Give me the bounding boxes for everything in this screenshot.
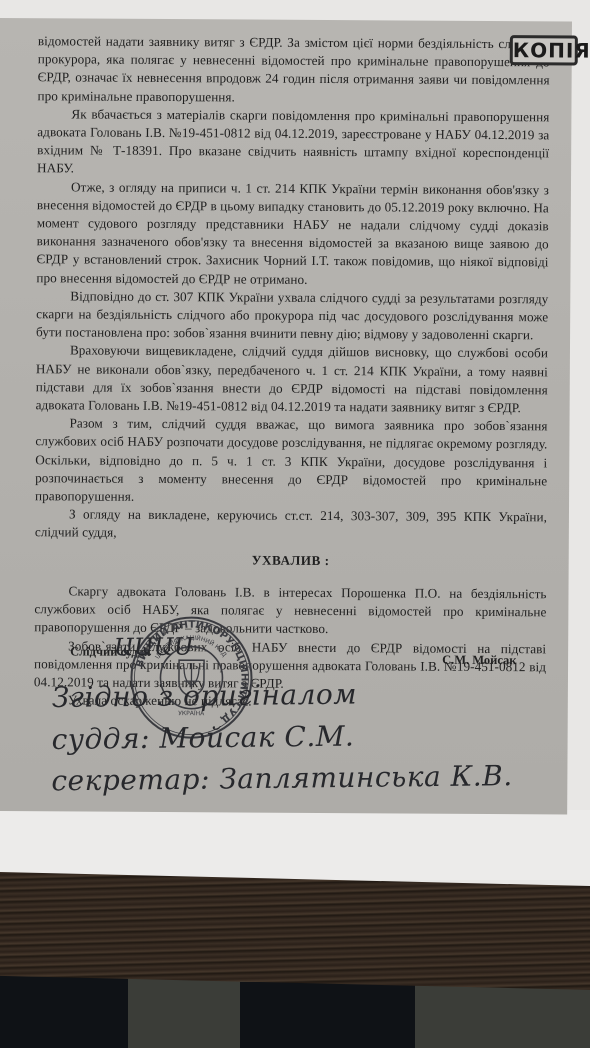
paragraph: Враховуючи вищевикладене, слідчий суддя … (36, 342, 548, 418)
copy-stamp: КОПІЯ (510, 35, 578, 65)
floor-shadow (240, 982, 415, 1048)
photo-scene: відомостей надати заявнику витяг з ЄРДР.… (0, 0, 590, 1048)
handwritten-secretary-line: секретар: Заплятинська К.В. (51, 759, 513, 797)
paragraph-list: відомостей надати заявнику витяг з ЄРДР.… (35, 32, 550, 545)
signature-name: С.М. Мойсак (442, 653, 517, 668)
paragraph: Відповідно до ст. 307 КПК України ухвала… (36, 287, 548, 345)
paragraph: відомостей надати заявнику витяг з ЄРДР.… (37, 32, 549, 108)
handwritten-certification-line: Згідно з оригіналом (52, 678, 357, 714)
floor-shadow (0, 975, 128, 1048)
paragraph: Скаргу адвоката Головань І.В. в інтереса… (34, 582, 546, 640)
wooden-table-edge (0, 872, 590, 990)
paper-underlay (0, 810, 590, 880)
paragraph: Отже, з огляду на приписи ч. 1 ст. 214 К… (36, 178, 549, 290)
signature-row: Слідчий суддя С.М. Мойсак (0, 636, 568, 669)
paragraph: Разом з тим, слідчий суддя вважає, що ви… (35, 414, 548, 508)
document-page: відомостей надати заявнику витяг з ЄРДР.… (0, 18, 572, 814)
paragraph: З огляду на викладене, керуючись ст.ст. … (35, 506, 547, 546)
handwritten-judge-line: суддя: Мойсак С.М. (51, 720, 354, 756)
resolution-heading: УХВАЛИВ : (35, 550, 547, 571)
paragraph: Як вбачається з матеріалів скарги повідо… (37, 105, 549, 181)
handwritten-scribble: ԱԱԱՍ (114, 633, 194, 662)
document-body: відомостей надати заявнику витяг з ЄРДР.… (34, 32, 550, 712)
